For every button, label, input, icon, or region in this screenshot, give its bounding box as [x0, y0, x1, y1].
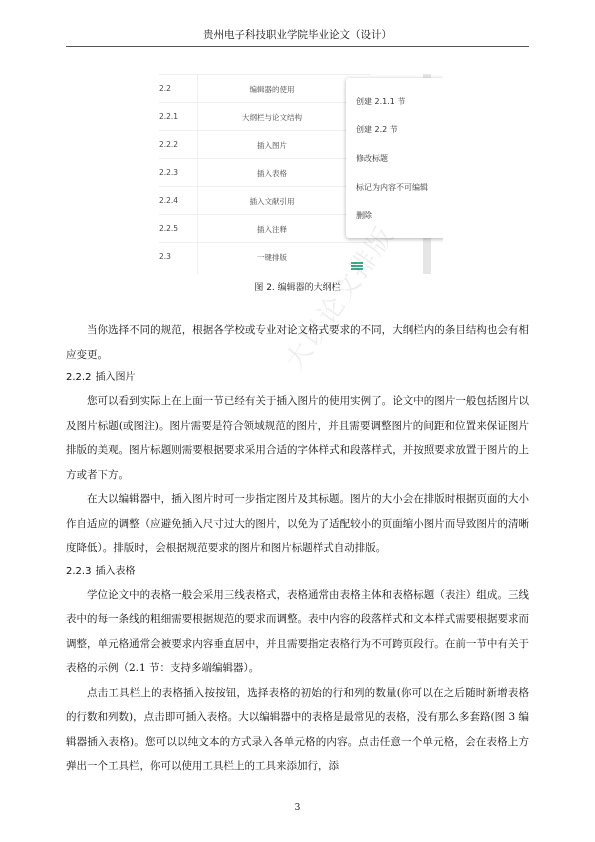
paragraph: 点击工具栏上的表格插入按按钮，选择表格的初始的行和列的数量(你可以在之后随时新增…: [66, 681, 529, 779]
section-heading-2-2-3: 2.2.3插入表格: [66, 561, 529, 583]
figure-caption: 图 2. 编辑器的大纲栏: [0, 280, 595, 293]
outline-row-number: 2.2.5: [159, 224, 178, 233]
outline-row-title: 插入注释: [197, 224, 347, 235]
paragraph: 您可以看到实际上在上面一节已经有关于插入图片的使用实例了。论文中的图片一般包括图…: [66, 389, 529, 487]
page-header: 贵州电子科技职业学院毕业论文（设计）: [66, 26, 529, 47]
outline-row[interactable]: 2.2.3 插入表格: [159, 158, 371, 187]
outline-row[interactable]: 2.2.4 插入文献引用: [159, 186, 371, 215]
section-title: 插入表格: [95, 566, 135, 577]
outline-row-number: 2.3: [159, 252, 171, 261]
column-divider: [197, 74, 198, 274]
outline-row-title: 一键排版: [197, 252, 347, 263]
section-number: 2.2.3: [66, 566, 91, 577]
paragraph: 在大以编辑器中，插入图片时可一步指定图片及其标题。图片的大小会在排版时根据页面的…: [66, 487, 529, 561]
outline-figure: 2.2 编辑器的使用 2.2.1 大纲栏与论文结构 2.2.2 插入图片 2.2…: [153, 74, 443, 274]
menu-item-edit-title[interactable]: 修改标题: [356, 153, 388, 164]
outline-row[interactable]: 2.2.1 大纲栏与论文结构: [159, 102, 371, 131]
outline-row-number: 2.2.1: [159, 112, 178, 121]
outline-row-number: 2.2.3: [159, 168, 178, 177]
outline-row[interactable]: 2.2 编辑器的使用: [159, 74, 371, 103]
outline-row-number: 2.2.4: [159, 196, 178, 205]
outline-row-title: 插入表格: [197, 168, 347, 179]
outline-row-title: 插入图片: [197, 140, 347, 151]
body-text: 当你选择不同的规范，根据各学校或专业对论文格式要求的不同，大纲栏内的条目结构也会…: [66, 318, 529, 779]
outline-row-title: 编辑器的使用: [197, 84, 347, 95]
context-menu: 创建 2.1.1 节 创建 2.2 节 修改标题 标记为内容不可编辑 删除: [346, 78, 443, 238]
outline-row-number: 2.2: [159, 84, 171, 93]
outline-row-number: 2.2.2: [159, 140, 178, 149]
outline-row-title: 插入文献引用: [197, 196, 347, 207]
section-title: 插入图片: [95, 372, 135, 383]
page-number: 3: [0, 803, 595, 813]
section-number: 2.2.2: [66, 372, 91, 383]
outline-row[interactable]: 2.2.2 插入图片: [159, 130, 371, 159]
menu-item-mark-readonly[interactable]: 标记为内容不可编辑: [356, 182, 428, 193]
menu-item-create-subsection[interactable]: 创建 2.1.1 节: [356, 96, 405, 107]
outline-row-title: 大纲栏与论文结构: [197, 112, 347, 123]
outline-row[interactable]: 2.2.5 插入注释: [159, 214, 371, 243]
menu-item-create-section[interactable]: 创建 2.2 节: [356, 124, 398, 135]
paragraph: 学位论文中的表格一般会采用三线表格式，表格通常由表格主体和表格标题（表注）组成。…: [66, 583, 529, 681]
